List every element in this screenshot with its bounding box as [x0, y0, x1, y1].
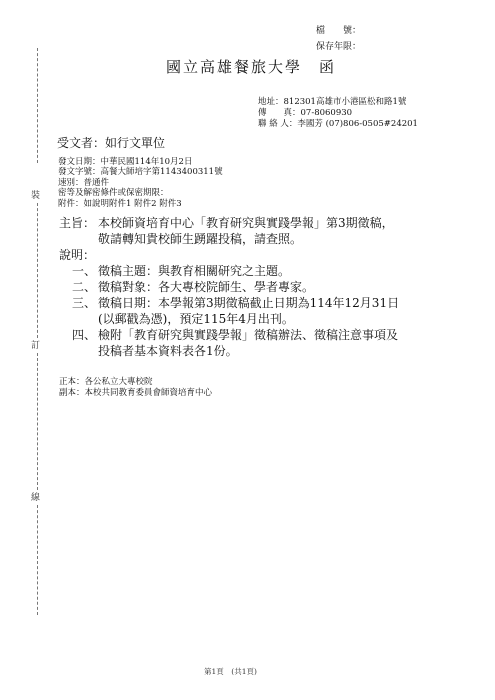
issue-date: 發文日期：中華民國114年10月2日 — [58, 157, 192, 167]
document-number: 發文字號：高餐大師培字第1143400311號 — [58, 167, 223, 177]
explanation-item-text: 徵稿對象：各大專校院師生、學者專家。 — [98, 280, 314, 296]
binding-dashed-line — [37, 505, 38, 615]
explanation-item-number: 四、 — [72, 328, 96, 344]
binding-mark-ding: 訂 — [31, 340, 40, 352]
file-number-label: 檔 號： — [316, 25, 361, 38]
address: 地址：812301高雄市小港區松和路1號 — [258, 97, 406, 108]
explanation-label: 說明： — [59, 248, 95, 264]
delivery-speed: 速別：普通件 — [58, 178, 109, 188]
binding-mark-xian: 線 — [31, 492, 40, 504]
explanation-item-text: 檢附「教育研究與實踐學報」徵稿辦法、徵稿注意事項及 — [98, 328, 398, 344]
subject-line-2: 敬請轉知貴校師生踴躍投稿，請查照。 — [98, 232, 302, 248]
main-recipient: 正本：各公私立大專校院 — [59, 377, 153, 388]
binding-mark-zhuang: 裝 — [31, 190, 40, 202]
copy-recipient: 副本：本校共同教育委員會師資培育中心 — [59, 388, 212, 399]
subject-line-1: 本校師資培育中心「教育研究與實踐學報」第3期徵稿， — [98, 216, 394, 232]
attachments: 附件：如說明附件1 附件2 附件3 — [58, 199, 182, 209]
document-title: 國立高雄餐旅大學 函 — [166, 56, 336, 77]
explanation-item-number: 一、 — [72, 264, 96, 280]
explanation-item-text: 徵稿日期：本學報第3期徵稿截止日期為114年12月31日 — [98, 296, 399, 312]
contact-person: 聯 絡 人：李國芳 (07)806-0505#24201 — [258, 119, 418, 130]
secrecy-level: 密等及解密條件或保密期限： — [58, 188, 169, 198]
recipient: 受文者：如行文單位 — [57, 134, 165, 151]
explanation-item-number: 三、 — [72, 296, 96, 312]
binding-dashed-line — [37, 353, 38, 490]
explanation-item-number: 二、 — [72, 280, 96, 296]
page-number: 第1頁 (共1頁) — [204, 666, 257, 677]
subject-label: 主旨： — [59, 216, 95, 232]
explanation-item-text: (以郵戳為憑)，預定115年4月出刊。 — [98, 312, 294, 328]
explanation-item-text: 徵稿主題：與教育相關研究之主題。 — [98, 264, 290, 280]
explanation-item-text: 投稿者基本資料表各1份。 — [98, 344, 238, 360]
binding-dashed-line — [37, 48, 38, 163]
binding-dashed-line — [37, 203, 38, 338]
fax: 傳 真：07-8060930 — [258, 108, 352, 119]
retention-period-label: 保存年限： — [316, 41, 361, 54]
